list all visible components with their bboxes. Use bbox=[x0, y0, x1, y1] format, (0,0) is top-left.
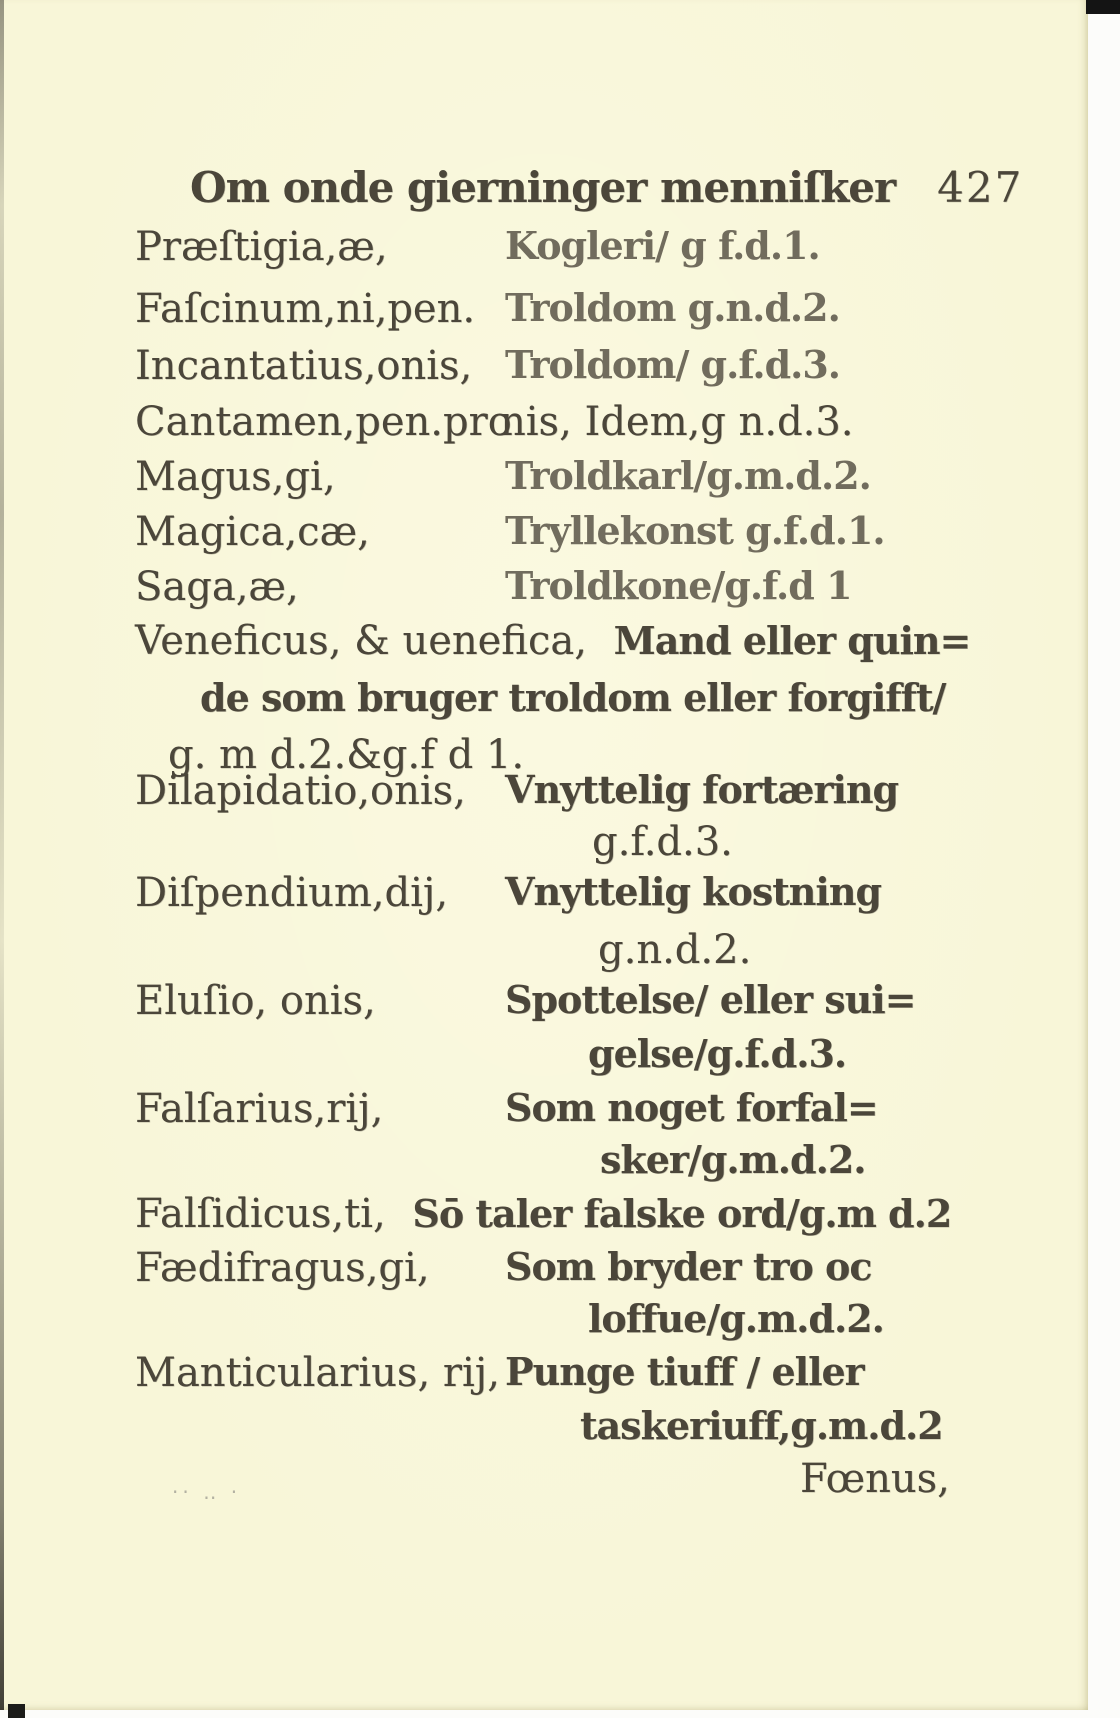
entry-danish: Troldom/ g.f.d.3. bbox=[505, 345, 840, 385]
entry-latin: Dilapidatio,onis, bbox=[135, 770, 466, 812]
entry-latin: Incantatius,onis, bbox=[135, 345, 472, 387]
entry-continuation: taskeriuff,g.m.d.2 bbox=[580, 1406, 943, 1446]
entry-danish: Tryllekonst g.f.d.1. bbox=[505, 511, 885, 551]
entry-continuation: gelse/g.f.d.3. bbox=[588, 1034, 846, 1074]
entry-danish: Som noget forfal= bbox=[505, 1088, 878, 1128]
entry-continuation: g.f.d.3. bbox=[592, 821, 733, 863]
entry-row: Veneficus, & uenefica, Mand eller quin= bbox=[135, 620, 970, 662]
entry-danish: Mand eller quin= bbox=[614, 618, 971, 663]
entry-danish: Kogleri/ g f.d.1. bbox=[505, 226, 820, 266]
entry-latin: Præſtigia,æ, bbox=[135, 226, 388, 268]
entry-latin: Falſidicus,ti, bbox=[135, 1191, 386, 1237]
scanner-mark-artifact bbox=[8, 1704, 25, 1718]
entry-danish: Sō taler falske ord/g.m d.2 bbox=[412, 1191, 951, 1236]
entry-danish: Troldkarl/g.m.d.2. bbox=[505, 456, 871, 496]
entry-latin: Manticularius, rij, bbox=[135, 1352, 500, 1394]
entry-row: Falſidicus,ti, Sō taler falske ord/g.m d… bbox=[135, 1193, 951, 1235]
entry-latin: Veneficus, & uenefica, bbox=[135, 618, 587, 664]
header-title: Om onde gierninger menniſker bbox=[190, 166, 895, 210]
entry-danish: Troldkone/g.f.d 1 bbox=[505, 566, 852, 606]
page-number: 427 bbox=[937, 166, 1023, 210]
book-page: Om onde gierninger menniſker 427 Præſtig… bbox=[0, 0, 1088, 1710]
catchword: Fœnus, bbox=[800, 1458, 950, 1500]
entry-latin: Falſarius,rij, bbox=[135, 1088, 383, 1130]
scanned-book-page: { "scan": { "header": { "title": "Om ond… bbox=[0, 0, 1120, 1718]
entry-danish: Vnyttelig kostning bbox=[505, 872, 881, 912]
entry-danish: Som bryder tro oc bbox=[505, 1247, 872, 1287]
entry-danish: Punge tiuff / eller bbox=[505, 1352, 864, 1392]
entry-latin: Faſcinum,ni,pen. bbox=[135, 288, 475, 330]
scanner-bar-artifact bbox=[1086, 0, 1120, 14]
entry-latin: Cantamen,pen.pro bbox=[135, 401, 512, 443]
entry-latin: Eluſio, onis, bbox=[135, 980, 376, 1022]
entry-danish: Troldom g.n.d.2. bbox=[505, 288, 840, 328]
pencil-marks: ·· ‥ · bbox=[172, 1480, 241, 1504]
entry-continuation: de som bruger troldom eller forgifft/ bbox=[200, 678, 945, 718]
entry-latin: Magica,cæ, bbox=[135, 511, 370, 553]
entry-continuation: loffue/g.m.d.2. bbox=[588, 1299, 884, 1339]
page-header: Om onde gierninger menniſker 427 bbox=[190, 166, 1023, 210]
entry-danish: nis, Idem,g n.d.3. bbox=[500, 401, 854, 443]
entry-danish: Vnyttelig fortæring bbox=[505, 770, 898, 810]
entry-latin: Diſpendium,dij, bbox=[135, 872, 448, 914]
entry-latin: Magus,gi, bbox=[135, 456, 336, 498]
entry-latin: Saga,æ, bbox=[135, 566, 299, 608]
entry-latin: Fædifragus,gi, bbox=[135, 1247, 430, 1289]
entry-continuation: sker/g.m.d.2. bbox=[600, 1140, 866, 1180]
entry-danish: Spottelse/ eller sui= bbox=[505, 980, 916, 1020]
entry-continuation: g.n.d.2. bbox=[598, 929, 751, 971]
scan-left-edge-artifact bbox=[0, 0, 4, 1710]
